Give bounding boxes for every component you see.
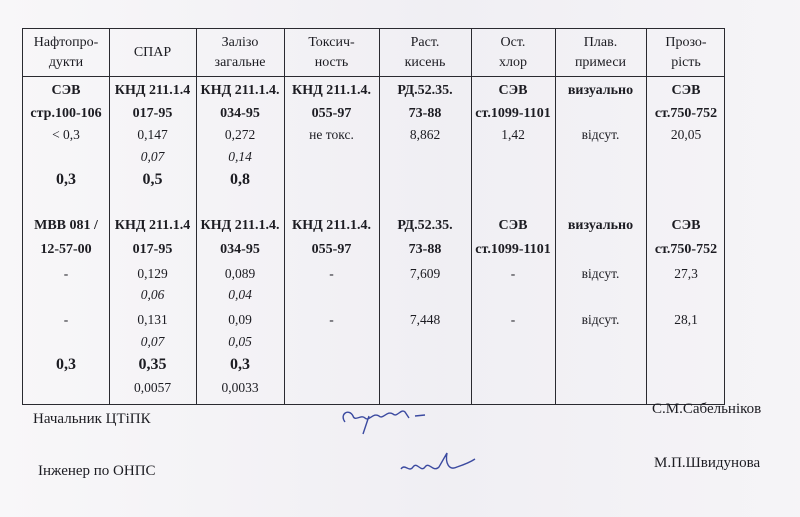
italic-value-iron: 0,05 — [190, 333, 290, 351]
value-iron: 0,09 — [190, 311, 290, 329]
norm-oil-products: 0,3 — [17, 171, 115, 189]
value-toxicity: - — [278, 311, 385, 329]
value-spar: 0,147 — [103, 126, 202, 144]
method-line2-iron: 034-95 — [190, 105, 290, 123]
value-oil-products: < 0,3 — [17, 126, 115, 144]
analysis-table: Нафтопро-дуктиСПАРЗалізозагальнеТоксич-н… — [22, 28, 725, 405]
header-chlorine: Ост.хлор — [471, 29, 555, 76]
method-line1-oxygen: РД.52.35. — [373, 217, 477, 235]
method-line1-spar: КНД 211.1.4 — [103, 82, 202, 100]
method-line2-oxygen: 73-88 — [373, 241, 477, 259]
value-oxygen: 8,862 — [373, 126, 477, 144]
method-line1-transparency: СЭВ — [640, 82, 732, 100]
method-line2-oil-products: 12-57-00 — [17, 241, 115, 259]
value-floating-impurities: відсут. — [549, 311, 652, 329]
method-line1-spar: КНД 211.1.4 — [103, 217, 202, 235]
method-line2-transparency: ст.750-752 — [640, 241, 732, 259]
value-chlorine: - — [465, 311, 561, 329]
engineer-name: М.П.Швидунова — [654, 455, 760, 472]
method-line2-oxygen: 73-88 — [373, 105, 477, 123]
header-spar: СПАР — [109, 29, 196, 76]
value-transparency: 20,05 — [640, 126, 732, 144]
method-line2-iron: 034-95 — [190, 241, 290, 259]
method-line2-oil-products: стр.100-106 — [17, 105, 115, 123]
method-line1-floating-impurities: визуально — [549, 217, 652, 235]
method-line2-toxicity: 055-97 — [278, 105, 385, 123]
method-line1-chlorine: СЭВ — [465, 82, 561, 100]
header-floating-impurities: Плав.примеси — [555, 29, 646, 76]
method-line1-chlorine: СЭВ — [465, 217, 561, 235]
value-chlorine: 1,42 — [465, 126, 561, 144]
method-line1-iron: КНД 211.1.4. — [190, 217, 290, 235]
method-line1-floating-impurities: визуально — [549, 82, 652, 100]
method-line2-chlorine: ст.1099-1101 — [465, 105, 561, 123]
value-oxygen: 7,609 — [373, 265, 477, 283]
norm-oil-products: 0,3 — [17, 356, 115, 374]
method-line1-toxicity: КНД 211.1.4. — [278, 82, 385, 100]
header-iron: Залізозагальне — [196, 29, 284, 76]
value-spar: 0,129 — [103, 265, 202, 283]
value-toxicity: не токс. — [278, 126, 385, 144]
value-transparency: 28,1 — [640, 311, 732, 329]
method-line1-transparency: СЭВ — [640, 217, 732, 235]
value-spar: 0,131 — [103, 311, 202, 329]
chief-title: Начальник ЦТіПК — [33, 411, 151, 428]
value-oil-products: - — [17, 311, 115, 329]
value-toxicity: - — [278, 265, 385, 283]
norm-spar: 0,35 — [103, 356, 202, 374]
extra-value-iron: 0,0033 — [190, 379, 290, 397]
value-oxygen: 7,448 — [373, 311, 477, 329]
engineer-signature-mark — [395, 445, 485, 480]
italic-value-iron: 0,04 — [190, 286, 290, 304]
method-line2-spar: 017-95 — [103, 241, 202, 259]
header-divider — [23, 76, 724, 77]
method-line2-spar: 017-95 — [103, 105, 202, 123]
value-oil-products: - — [17, 265, 115, 283]
value-iron: 0,272 — [190, 126, 290, 144]
value-chlorine: - — [465, 265, 561, 283]
value-floating-impurities: відсут. — [549, 265, 652, 283]
method-line1-oil-products: СЭВ — [17, 82, 115, 100]
header-transparency: Прозо-рість — [646, 29, 726, 76]
method-line1-toxicity: КНД 211.1.4. — [278, 217, 385, 235]
method-line2-transparency: ст.750-752 — [640, 105, 732, 123]
extra-value-spar: 0,0057 — [103, 379, 202, 397]
chief-name: С.М.Сабельніков — [652, 401, 761, 418]
header-toxicity: Токсич-ность — [284, 29, 379, 76]
method-line2-toxicity: 055-97 — [278, 241, 385, 259]
method-line1-iron: КНД 211.1.4. — [190, 82, 290, 100]
engineer-title: Інженер по ОНПС — [38, 463, 156, 480]
norm-iron: 0,3 — [190, 356, 290, 374]
chief-signature-mark — [335, 400, 445, 440]
scanned-document: Нафтопро-дуктиСПАРЗалізозагальнеТоксич-н… — [0, 0, 800, 517]
method-line1-oxygen: РД.52.35. — [373, 82, 477, 100]
header-oxygen: Раст.кисень — [379, 29, 471, 76]
italic-value-iron: 0,14 — [190, 148, 290, 166]
norm-iron: 0,8 — [190, 171, 290, 189]
method-line1-oil-products: МВВ 081 / — [17, 217, 115, 235]
norm-spar: 0,5 — [103, 171, 202, 189]
value-floating-impurities: відсут. — [549, 126, 652, 144]
italic-value-spar: 0,07 — [103, 333, 202, 351]
italic-value-spar: 0,06 — [103, 286, 202, 304]
header-oil-products: Нафтопро-дукти — [23, 29, 109, 76]
method-line2-chlorine: ст.1099-1101 — [465, 241, 561, 259]
value-iron: 0,089 — [190, 265, 290, 283]
value-transparency: 27,3 — [640, 265, 732, 283]
italic-value-spar: 0,07 — [103, 148, 202, 166]
